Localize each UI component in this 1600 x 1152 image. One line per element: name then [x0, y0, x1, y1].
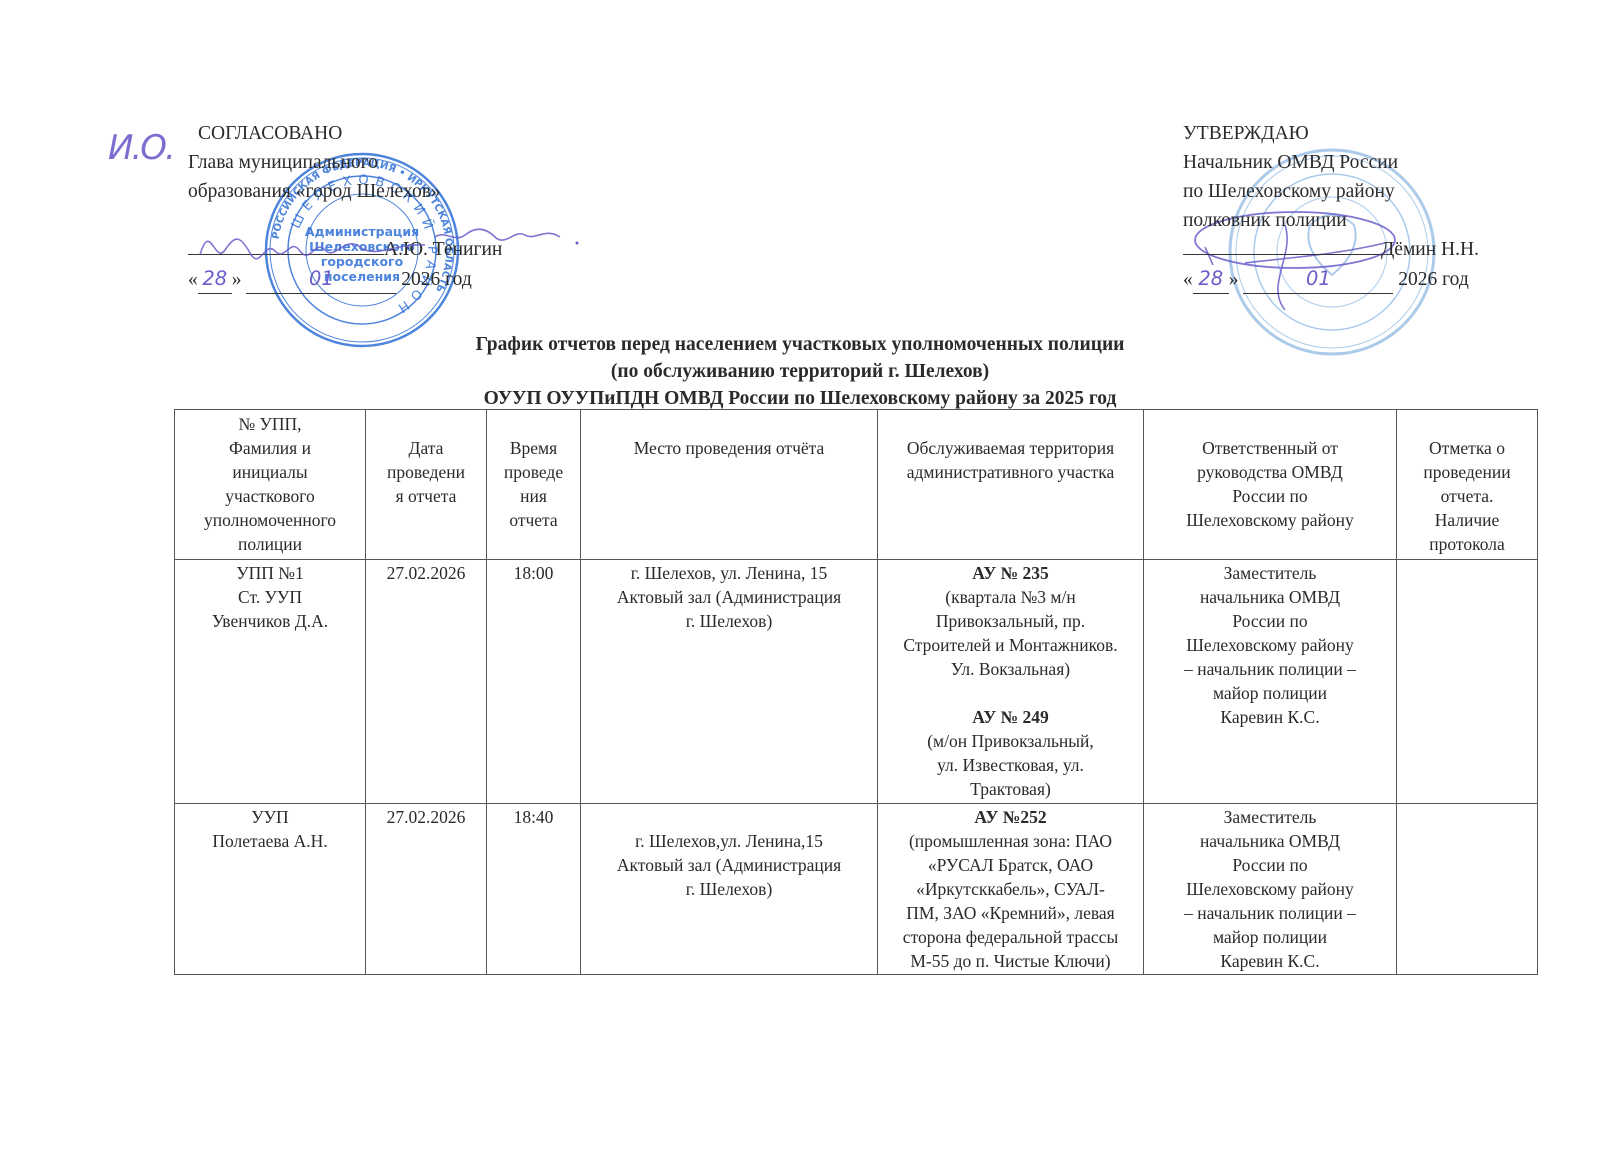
text-line: я отчета — [371, 484, 481, 508]
text-line: России по — [1149, 609, 1391, 633]
agreed-date-month: 01 — [246, 264, 396, 294]
schedule-table: № УПП,Фамилия иинициалыучастковогоуполно… — [174, 409, 1538, 975]
header-date: Датапроведения отчета — [366, 410, 487, 560]
text-line: инициалы — [180, 460, 360, 484]
text-line: протокола — [1402, 532, 1532, 556]
agreed-heading: СОГЛАСОВАНО — [188, 119, 502, 148]
text-line: Увенчиков Д.А. — [180, 609, 360, 633]
text-line: Актовый зал (Администрация — [586, 853, 872, 877]
approved-date-year: 2026 год — [1398, 269, 1469, 290]
text-line: Привокзальный, пр. — [883, 609, 1138, 633]
text-line: полиции — [180, 532, 360, 556]
text-line: ул. Известковая, ул. — [883, 753, 1138, 777]
text-line: ния — [492, 484, 575, 508]
cell-place: г. Шелехов, ул. Ленина, 15Актовый зал (А… — [581, 560, 878, 804]
text-line: Фамилия и — [180, 436, 360, 460]
cell-time: 18:40 — [487, 804, 581, 975]
table-row: УУППолетаева А.Н. 27.02.2026 18:40 г. Ше… — [175, 804, 1538, 975]
cell-text: Датапроведения отчета — [371, 436, 481, 508]
cell-officer: УПП №1Ст. УУПУвенчиков Д.А. — [175, 560, 366, 804]
cell-text: Обслуживаемая территорияадминистративног… — [883, 436, 1138, 484]
text-line: Каревин К.С. — [1149, 705, 1391, 729]
text-line: Шелеховскому району — [1149, 633, 1391, 657]
approval-block-agreed: СОГЛАСОВАНО Глава муниципального образов… — [188, 119, 502, 294]
text-line: Место проведения отчёта — [586, 436, 872, 460]
cell-text: (квартала №3 м/нПривокзальный, пр.Строит… — [883, 585, 1138, 681]
text-line: «Иркутсккабель», СУАЛ- — [883, 877, 1138, 901]
approved-signature-line: Дёмин Н.Н. — [1183, 235, 1479, 264]
text-line: г. Шелехов) — [586, 877, 872, 901]
header-time: Времяпроведенияотчета — [487, 410, 581, 560]
document-title: График отчетов перед населением участков… — [0, 331, 1600, 412]
text-line: начальника ОМВД — [1149, 585, 1391, 609]
cell-text: Заместительначальника ОМВДРоссии поШелех… — [1149, 805, 1391, 973]
text-line: России по — [1149, 853, 1391, 877]
text-line: начальника ОМВД — [1149, 829, 1391, 853]
cell-place: г. Шелехов,ул. Ленина,15Актовый зал (Адм… — [581, 804, 878, 975]
text-line: г. Шелехов, ул. Ленина, 15 — [586, 561, 872, 585]
approved-signatory: Дёмин Н.Н. — [1381, 239, 1479, 260]
text-line: Заместитель — [1149, 805, 1391, 829]
approved-heading: УТВЕРЖДАЮ — [1183, 119, 1479, 148]
text-line: – начальник полиции – — [1149, 657, 1391, 681]
approval-block-approved: УТВЕРЖДАЮ Начальник ОМВД России по Шелех… — [1183, 119, 1479, 294]
text-line: участкового — [180, 484, 360, 508]
text-line: отчета. — [1402, 484, 1532, 508]
text-line: ПМ, ЗАО «Кремний», левая — [883, 901, 1138, 925]
signature-field — [1183, 254, 1381, 255]
text-line: проведе — [492, 460, 575, 484]
text-line: Обслуживаемая территория — [883, 436, 1138, 460]
text-line: Отметка о — [1402, 436, 1532, 460]
text-line: Ст. УУП — [180, 585, 360, 609]
cell-mark — [1397, 560, 1538, 804]
text-line: – начальник полиции – — [1149, 901, 1391, 925]
territory-title: АУ № 249 — [883, 705, 1138, 729]
text-line: г. Шелехов,ул. Ленина,15 — [586, 829, 872, 853]
cell-text: Отметка опроведенииотчета.Наличиепротоко… — [1402, 436, 1532, 556]
cell-mark — [1397, 804, 1538, 975]
territory-title: АУ № 235 — [883, 561, 1138, 585]
text-line: Ответственный от — [1149, 436, 1391, 460]
text-line: Актовый зал (Администрация — [586, 585, 872, 609]
title-line1: График отчетов перед населением участков… — [0, 331, 1600, 358]
text-line: № УПП, — [180, 412, 360, 436]
cell-responsible: Заместительначальника ОМВДРоссии поШелех… — [1144, 804, 1397, 975]
handwritten-acting-note: И.О. — [108, 128, 174, 168]
cell-text: (м/он Привокзальный,ул. Известковая, ул.… — [883, 729, 1138, 801]
agreed-signatory: А.Ю. Тенигин — [384, 239, 502, 260]
text-line: проведении — [1402, 460, 1532, 484]
text-line: Строителей и Монтажников. — [883, 633, 1138, 657]
text-line: Дата — [371, 436, 481, 460]
cell-date: 27.02.2026 — [366, 804, 487, 975]
text-line: Время — [492, 436, 575, 460]
signature-field — [188, 254, 384, 255]
table-header-row: № УПП,Фамилия иинициалыучастковогоуполно… — [175, 410, 1538, 560]
agreed-date-line: «28» 01 2026 год — [188, 264, 502, 294]
text-line: (квартала №3 м/н — [883, 585, 1138, 609]
text-line: г. Шелехов) — [586, 609, 872, 633]
text-line: Заместитель — [1149, 561, 1391, 585]
approved-date-line: «28» 01 2026 год — [1183, 264, 1479, 294]
cell-officer: УУППолетаева А.Н. — [175, 804, 366, 975]
text-line: УУП — [180, 805, 360, 829]
text-line: Шелеховскому району — [1149, 508, 1391, 532]
text-line: административного участка — [883, 460, 1138, 484]
text-line: УПП №1 — [180, 561, 360, 585]
text-line: сторона федеральной трассы — [883, 925, 1138, 949]
header-territory: Обслуживаемая территорияадминистративног… — [878, 410, 1144, 560]
cell-territory: АУ №252 (промышленная зона: ПАО«РУСАЛ Бр… — [878, 804, 1144, 975]
text-line: майор полиции — [1149, 681, 1391, 705]
title-line2: (по обслуживанию территорий г. Шелехов) — [0, 358, 1600, 385]
territory-title: АУ №252 — [883, 805, 1138, 829]
header-officer: № УПП,Фамилия иинициалыучастковогоуполно… — [175, 410, 366, 560]
text-line: (промышленная зона: ПАО — [883, 829, 1138, 853]
agreed-date-year: 2026 год — [401, 269, 472, 290]
agreed-date-day: 28 — [198, 264, 232, 294]
header-place: Место проведения отчёта — [581, 410, 878, 560]
cell-time: 18:00 — [487, 560, 581, 804]
text-line: России по — [1149, 484, 1391, 508]
cell-text: (промышленная зона: ПАО«РУСАЛ Братск, ОА… — [883, 829, 1138, 973]
cell-territory: АУ № 235 (квартала №3 м/нПривокзальный, … — [878, 560, 1144, 804]
cell-text: г. Шелехов,ул. Ленина,15Актовый зал (Адм… — [586, 829, 872, 901]
cell-text: № УПП,Фамилия иинициалыучастковогоуполно… — [180, 412, 360, 556]
cell-text: Времяпроведенияотчета — [492, 436, 575, 532]
text-line: уполномоченного — [180, 508, 360, 532]
text-line: Ул. Вокзальная) — [883, 657, 1138, 681]
cell-date: 27.02.2026 — [366, 560, 487, 804]
text-line: М-55 до п. Чистые Ключи) — [883, 949, 1138, 973]
text-line: Каревин К.С. — [1149, 949, 1391, 973]
text-line: «РУСАЛ Братск, ОАО — [883, 853, 1138, 877]
approved-position-line3: полковник полиции — [1183, 206, 1479, 235]
cell-text: УУППолетаева А.Н. — [180, 805, 360, 853]
cell-text: УПП №1Ст. УУПУвенчиков Д.А. — [180, 561, 360, 633]
text-line: (м/он Привокзальный, — [883, 729, 1138, 753]
approved-position-line2: по Шелеховскому району — [1183, 177, 1479, 206]
text-line: проведени — [371, 460, 481, 484]
agreed-position-line1: Глава муниципального — [188, 148, 502, 177]
text-line: майор полиции — [1149, 925, 1391, 949]
title-line3: ОУУП ОУУПиПДН ОМВД России по Шелеховском… — [0, 385, 1600, 412]
cell-text: г. Шелехов, ул. Ленина, 15Актовый зал (А… — [586, 561, 872, 633]
agreed-position-line2: образования «город Шелехов» — [188, 177, 502, 206]
text-line: Полетаева А.Н. — [180, 829, 360, 853]
approved-date-month: 01 — [1243, 264, 1393, 294]
cell-text: Заместительначальника ОМВДРоссии поШелех… — [1149, 561, 1391, 729]
cell-responsible: Заместительначальника ОМВДРоссии поШелех… — [1144, 560, 1397, 804]
text-line: отчета — [492, 508, 575, 532]
cell-text: Место проведения отчёта — [586, 436, 872, 460]
header-responsible: Ответственный отруководства ОМВДРоссии п… — [1144, 410, 1397, 560]
approved-position-line1: Начальник ОМВД России — [1183, 148, 1479, 177]
approved-date-day: 28 — [1193, 264, 1229, 294]
header-mark: Отметка опроведенииотчета.Наличиепротоко… — [1397, 410, 1538, 560]
text-line: Наличие — [1402, 508, 1532, 532]
text-line: Трактовая) — [883, 777, 1138, 801]
text-line: Шелеховскому району — [1149, 877, 1391, 901]
cell-text: Ответственный отруководства ОМВДРоссии п… — [1149, 436, 1391, 532]
table-row: УПП №1Ст. УУПУвенчиков Д.А. 27.02.2026 1… — [175, 560, 1538, 804]
agreed-signature-line: А.Ю. Тенигин — [188, 235, 502, 264]
text-line: руководства ОМВД — [1149, 460, 1391, 484]
